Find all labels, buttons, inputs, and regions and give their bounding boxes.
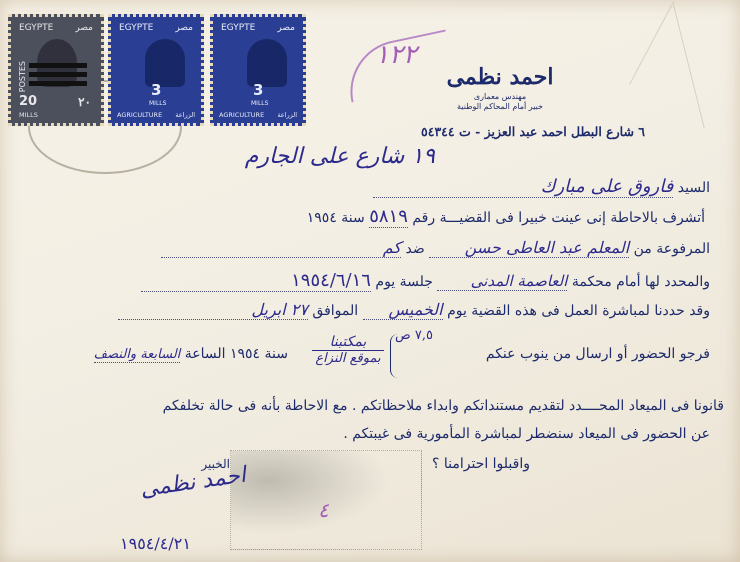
stamp-footer-ar: الزراعة	[175, 111, 195, 119]
stamp-country: EGYPTE	[119, 23, 153, 33]
stamp-country-ar: مصر	[175, 23, 193, 33]
stamp-20-mills: EGYPTEمصر POSTES 20 ٢٠ MILLS	[8, 14, 104, 126]
stamp-footer: AGRICULTURE	[219, 111, 264, 119]
postcard: EGYPTEمصر POSTES 20 ٢٠ MILLS EGYPTEمصر 3…	[0, 0, 740, 562]
body-line-2: عن الحضور فى الميعاد سنضطر لمباشرة المأم…	[343, 426, 710, 442]
letterhead-title: مهندس معمارى	[440, 92, 560, 101]
year-value: ١٩٥٤	[307, 210, 337, 226]
stamp-side-text: POSTES	[18, 61, 27, 92]
paper-crease	[629, 5, 672, 85]
hour-line: سنة ١٩٥٤ الساعة السابعة والنصف	[94, 346, 288, 363]
stamp-value-ar: ٢٠	[78, 95, 91, 109]
signature-date: ١٩٥٤/٤/٢١	[120, 534, 191, 553]
farmer-portrait-icon	[247, 39, 287, 87]
place-option-site: بموقع النزاع	[312, 351, 384, 366]
court-value: العاصمة المدنى	[437, 272, 567, 291]
case-number: ٥٨١٩	[369, 206, 408, 228]
work-day-line: وقد حددنا لمباشرة العمل فى هذه القضية يو…	[118, 300, 710, 320]
hour-label: الساعة	[185, 346, 226, 362]
stamp-3-mills-2: EGYPTEمصر 3 MILLS AGRICULTUREالزراعة	[210, 14, 306, 126]
against-value: كم	[161, 238, 401, 258]
closing: واقبلوا احترامنا ؟	[432, 456, 530, 472]
session-label: جلسة يوم	[375, 274, 433, 290]
stamp-value: 3	[151, 81, 161, 99]
stamp-country: EGYPTE	[19, 23, 53, 33]
letterhead-address: ٦ شارع البطل احمد عبد العزيز - ت ٥٤٣٤٤	[395, 124, 645, 139]
against-label: ضد	[405, 241, 424, 257]
purple-number: ١٢٢	[375, 40, 417, 70]
stamp-unit: MILLS	[19, 111, 38, 119]
stamp-3-mills-1: EGYPTEمصر 3 MILLS AGRICULTUREالزراعة	[108, 14, 204, 126]
appointment-text: أتشرف بالاحاطة إنى عينت خبيرا فى القضيــ…	[412, 210, 705, 226]
court-line: والمحدد لها أمام محكمة العاصمة المدنى جل…	[141, 270, 710, 292]
recipient-name: فاروق على مبارك	[373, 176, 673, 198]
stamp-value: 3	[253, 81, 263, 99]
place-option-office: بمكتبنا	[312, 334, 384, 351]
corresponding-value: ٢٧ ابريل	[118, 300, 308, 320]
stamp-country: EGYPTE	[221, 23, 255, 33]
filed-by-label: المرفوعة من	[634, 241, 710, 257]
stamp-footer-ar: الزراعة	[277, 111, 297, 119]
work-day-value: الخميس	[363, 300, 443, 320]
court-label: والمحدد لها أمام محكمة	[572, 274, 710, 290]
place-options: بمكتبنا بموقع النزاع	[312, 334, 384, 366]
stamp-country-ar: مصر	[277, 23, 295, 33]
overprint-bars	[29, 63, 87, 89]
salutation-line: السيد فاروق على مبارك	[373, 176, 710, 198]
bottom-number: ٤	[318, 498, 329, 522]
appointment-line: أتشرف بالاحاطة إنى عينت خبيرا فى القضيــ…	[307, 206, 705, 228]
filed-by-line: المرفوعة من المعلم عبد العاطى حسن ضد كم	[161, 238, 710, 258]
year-label: سنة	[341, 210, 364, 226]
brace	[390, 334, 399, 378]
time-note: ٧,٥ ص	[395, 328, 433, 343]
corresponding-label: الموافق	[312, 303, 358, 319]
session-date: ١٩٥٤/٦/١٦	[141, 270, 371, 292]
hour-value: السابعة والنصف	[94, 347, 181, 363]
handwritten-address: ١٩ شارع على الجارم	[245, 144, 435, 169]
stamp-unit: MILLS	[251, 100, 268, 107]
salutation-label: السيد	[678, 180, 710, 196]
paper-crease	[672, 2, 704, 128]
attend-text: فرجو الحضور أو ارسال من ينوب عنكم	[486, 346, 710, 362]
stamp-value: 20	[19, 94, 37, 109]
stamp-unit: MILLS	[149, 100, 166, 107]
stamp-country-ar: مصر	[75, 23, 93, 33]
letterhead-name: احمد نظمى	[440, 64, 560, 90]
farmer-portrait-icon	[145, 39, 185, 87]
work-day-label: وقد حددنا لمباشرة العمل فى هذه القضية يو…	[447, 303, 710, 319]
stamp-footer: AGRICULTURE	[117, 111, 162, 119]
letterhead-subtitle: خبير أمام المحاكم الوطنية	[440, 102, 560, 111]
body-line-1: قانونا فى الميعاد المحــــدد لتقديم مستن…	[163, 398, 724, 414]
filed-by-value: المعلم عبد العاطى حسن	[429, 238, 629, 258]
year-label-2: سنة ١٩٥٤	[230, 346, 288, 362]
